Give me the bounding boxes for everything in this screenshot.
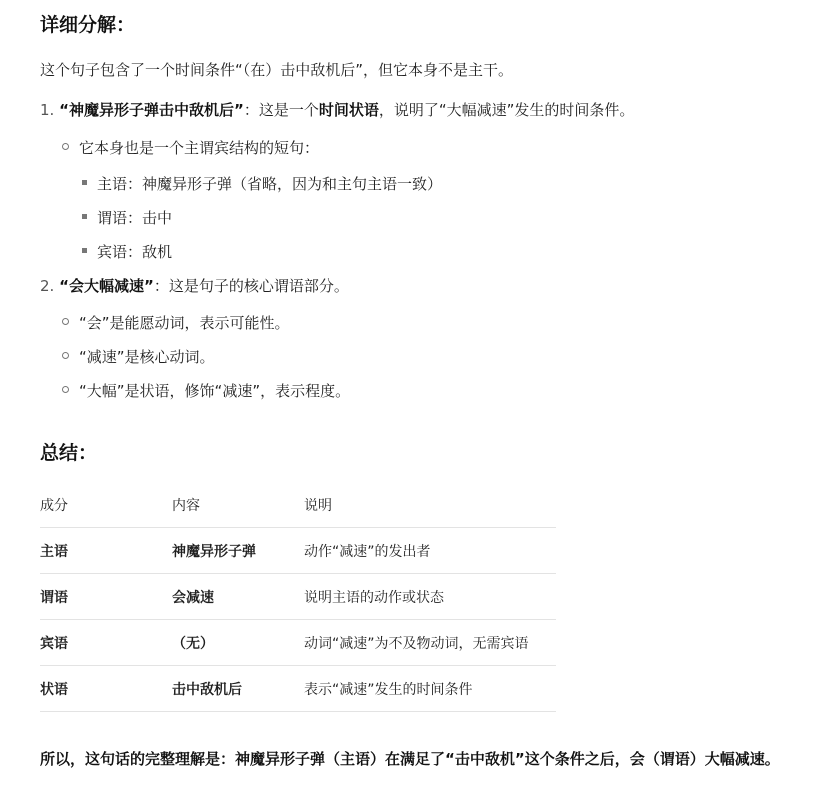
table-header-row: 成分 内容 说明 [40, 482, 556, 528]
table-row: 主语 神魔异形子弹 动作“减速”的发出者 [40, 528, 556, 574]
bold-term: “会大幅减速” [59, 277, 154, 295]
list-text: ，说明了“大幅减速”发生的时间条件。 [379, 101, 635, 119]
square-bullet-icon [82, 248, 87, 253]
list-subitem: “大幅”是状语，修饰“减速”，表示程度。 [62, 381, 350, 401]
circle-bullet-icon [62, 143, 69, 150]
subitem-text: “会”是能愿动词，表示可能性。 [79, 314, 290, 332]
table-cell: 表示“减速”发生的时间条件 [304, 666, 556, 712]
column-header: 内容 [172, 482, 304, 528]
table-cell: 神魔异形子弹 [172, 528, 304, 574]
table-cell: 动词“减速”为不及物动词，无需宾语 [304, 620, 556, 666]
table-cell: 宾语 [40, 620, 172, 666]
table-cell: 状语 [40, 666, 172, 712]
square-bullet-icon [82, 180, 87, 185]
list-subitem: 它本身也是一个主谓宾结构的短句： [62, 138, 319, 158]
table-cell: （无） [172, 620, 304, 666]
square-bullet-icon [82, 214, 87, 219]
circle-bullet-icon [62, 352, 69, 359]
list-subsubitem: 谓语：击中 [82, 208, 172, 228]
circle-bullet-icon [62, 318, 69, 325]
summary-table: 成分 内容 说明 主语 神魔异形子弹 动作“减速”的发出者 谓语 会减速 说明主… [40, 482, 556, 712]
subsubitem-text: 主语：神魔异形子弹（省略，因为和主句主语一致） [97, 175, 442, 193]
list-number: 2. [40, 277, 54, 295]
list-item-1: 1. “神魔异形子弹击中敌机后”：这是一个时间状语，说明了“大幅减速”发生的时间… [40, 100, 634, 120]
table-row: 宾语 （无） 动词“减速”为不及物动词，无需宾语 [40, 620, 556, 666]
table-cell: 主语 [40, 528, 172, 574]
table-cell: 说明主语的动作或状态 [304, 574, 556, 620]
intro-paragraph: 这个句子包含了一个时间条件“（在）击中敌机后”，但它本身不是主干。 [40, 59, 513, 80]
column-header: 说明 [304, 482, 556, 528]
subitem-text: “大幅”是状语，修饰“减速”，表示程度。 [79, 382, 350, 400]
subitem-text: 它本身也是一个主谓宾结构的短句： [79, 139, 319, 157]
column-header: 成分 [40, 482, 172, 528]
list-item-2: 2. “会大幅减速”：这是句子的核心谓语部分。 [40, 276, 349, 296]
table-cell: 击中敌机后 [172, 666, 304, 712]
heading-detail: 详细分解： [40, 10, 135, 37]
bold-inline: 时间状语 [319, 101, 379, 119]
list-subsubitem: 主语：神魔异形子弹（省略，因为和主句主语一致） [82, 174, 442, 194]
circle-bullet-icon [62, 386, 69, 393]
subsubitem-text: 宾语：敌机 [97, 243, 172, 261]
list-subsubitem: 宾语：敌机 [82, 242, 172, 262]
list-number: 1. [40, 101, 54, 119]
table-cell: 会减速 [172, 574, 304, 620]
list-text: ：这是句子的核心谓语部分。 [154, 277, 349, 295]
table-row: 谓语 会减速 说明主语的动作或状态 [40, 574, 556, 620]
list-subitem: “会”是能愿动词，表示可能性。 [62, 313, 290, 333]
subitem-text: “减速”是核心动词。 [79, 348, 215, 366]
list-text: ：这是一个 [244, 101, 319, 119]
conclusion-paragraph: 所以，这句话的完整理解是：神魔异形子弹（主语）在满足了“击中敌机”这个条件之后，… [40, 745, 800, 773]
list-subitem: “减速”是核心动词。 [62, 347, 215, 367]
heading-summary: 总结： [40, 438, 97, 465]
bold-term: “神魔异形子弹击中敌机后” [59, 101, 244, 119]
table-row: 状语 击中敌机后 表示“减速”发生的时间条件 [40, 666, 556, 712]
table-cell: 动作“减速”的发出者 [304, 528, 556, 574]
subsubitem-text: 谓语：击中 [97, 209, 172, 227]
table-cell: 谓语 [40, 574, 172, 620]
